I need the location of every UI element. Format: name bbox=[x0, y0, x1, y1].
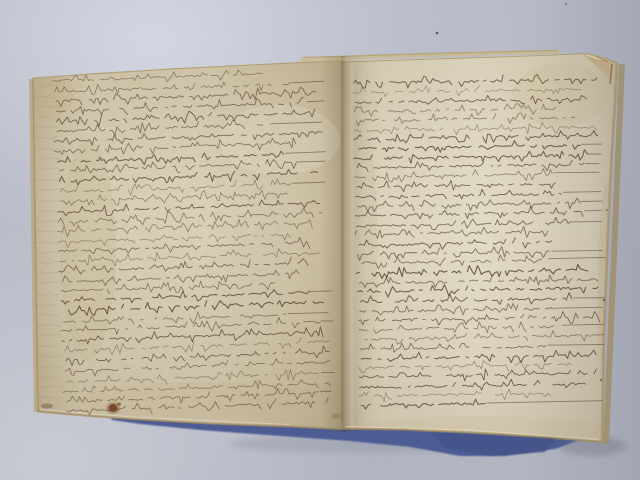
handwriting-line bbox=[293, 182, 325, 183]
page-edge-accents bbox=[33, 61, 617, 443]
background-speck bbox=[436, 32, 439, 35]
left-page-shade-h bbox=[33, 61, 342, 430]
handwriting-line bbox=[320, 391, 331, 392]
handwriting-line bbox=[354, 74, 597, 89]
handwriting-line bbox=[37, 168, 60, 170]
handwriting-line bbox=[359, 321, 560, 335]
handwriting-line bbox=[359, 140, 580, 154]
handwriting-line bbox=[36, 325, 61, 327]
handwriting-line bbox=[354, 103, 561, 117]
handwriting-line bbox=[298, 161, 325, 162]
handwriting-line bbox=[548, 344, 606, 345]
handwriting-line bbox=[60, 157, 297, 177]
right-page bbox=[342, 54, 617, 443]
handwriting-line bbox=[39, 189, 62, 191]
handwriting-line bbox=[359, 311, 600, 327]
handwriting-line bbox=[574, 297, 604, 298]
handwriting-line bbox=[362, 254, 547, 269]
table-surface bbox=[0, 0, 640, 480]
handwriting-line bbox=[353, 83, 581, 97]
handwriting-line bbox=[58, 237, 310, 257]
cast-shadow bbox=[558, 436, 626, 456]
handwriting-line bbox=[58, 197, 320, 217]
vignette-right bbox=[0, 0, 640, 480]
handwriting-line bbox=[365, 330, 591, 345]
handwriting-line bbox=[38, 201, 62, 202]
left-page-handwriting bbox=[52, 66, 336, 417]
handwriting-line bbox=[65, 336, 329, 356]
handwriting-line bbox=[36, 179, 62, 181]
handwriting-line bbox=[321, 372, 334, 373]
handwriting-line bbox=[359, 359, 571, 373]
handwriting-line bbox=[67, 387, 319, 407]
handwriting-line bbox=[36, 137, 58, 139]
background-speck bbox=[565, 3, 567, 5]
handwriting-line bbox=[563, 192, 600, 193]
right-page-shade-h bbox=[342, 54, 617, 443]
handwriting-line bbox=[55, 78, 292, 98]
handwriting-line bbox=[56, 96, 311, 116]
handwriting-line bbox=[52, 68, 263, 86]
cast-shadow-mid bbox=[230, 435, 470, 453]
handwriting-line bbox=[554, 307, 602, 308]
handwriting-line bbox=[37, 293, 58, 295]
handwriting-line bbox=[584, 210, 600, 211]
handwriting-line bbox=[63, 378, 331, 397]
gutter-shadow bbox=[320, 56, 364, 432]
table-light bbox=[0, 0, 640, 480]
handwriting-line bbox=[563, 324, 604, 325]
manuscript-photo bbox=[0, 0, 640, 480]
handwriting-line bbox=[357, 159, 584, 173]
handwriting-line bbox=[39, 262, 56, 264]
handwriting-line bbox=[38, 334, 61, 336]
handwriting-line bbox=[355, 206, 583, 220]
handwriting-line bbox=[38, 272, 59, 274]
torn-corner-top-right bbox=[583, 54, 614, 85]
left-page bbox=[33, 61, 342, 430]
handwriting-line bbox=[360, 341, 546, 353]
handwriting-line bbox=[39, 211, 59, 213]
handwriting-line bbox=[356, 112, 574, 126]
handwriting-line bbox=[359, 237, 552, 251]
handwriting-line bbox=[68, 296, 323, 316]
handwriting-line bbox=[293, 81, 324, 82]
handwriting-line bbox=[57, 149, 283, 168]
handwriting-line bbox=[61, 279, 275, 297]
handwriting-line bbox=[36, 148, 59, 150]
handwriting-line bbox=[36, 126, 53, 128]
handwriting-line bbox=[37, 345, 56, 347]
handwriting-line bbox=[58, 217, 313, 238]
handwriting-line bbox=[67, 368, 319, 388]
right-page-shade-v bbox=[342, 54, 617, 443]
handwriting-line bbox=[355, 94, 586, 107]
handwriting-line bbox=[356, 217, 571, 231]
handwriting-line bbox=[360, 293, 571, 307]
handwriting-line bbox=[38, 221, 57, 222]
handwriting-line bbox=[359, 389, 551, 403]
handwriting-line bbox=[358, 282, 598, 297]
handwriting-line bbox=[354, 130, 598, 145]
handwriting-line bbox=[36, 230, 54, 232]
page-stack-edge-right bbox=[606, 64, 622, 444]
handwriting-line bbox=[39, 314, 59, 316]
handwriting-line bbox=[60, 178, 292, 198]
handwriting-line bbox=[37, 386, 64, 388]
handwriting-line bbox=[37, 106, 59, 108]
handwriting-line bbox=[62, 268, 299, 288]
handwriting-line bbox=[37, 282, 62, 284]
handwriting-line bbox=[58, 231, 290, 248]
handwriting-line bbox=[65, 357, 330, 377]
handwriting-line bbox=[552, 250, 603, 251]
handwriting-line bbox=[361, 350, 596, 365]
handwriting-line bbox=[288, 312, 328, 314]
handwriting-line bbox=[40, 377, 60, 379]
handwriting-line bbox=[354, 122, 597, 137]
stains bbox=[41, 3, 608, 419]
handwriting-line bbox=[56, 86, 316, 107]
table-light-bottom bbox=[0, 0, 640, 480]
handwriting-line bbox=[64, 309, 286, 328]
handwriting-line bbox=[357, 178, 556, 192]
handwriting-line bbox=[285, 152, 325, 154]
handwriting-line bbox=[354, 150, 588, 165]
handwriting-line bbox=[360, 378, 586, 392]
handwriting-line bbox=[39, 396, 56, 398]
handwriting-line bbox=[38, 117, 60, 119]
handwriting-line bbox=[38, 356, 61, 358]
handwriting-line bbox=[555, 172, 599, 173]
handwriting-line bbox=[310, 291, 331, 292]
handwriting-line bbox=[59, 168, 317, 188]
blue-mat-shade bbox=[430, 432, 560, 456]
ink-showthrough bbox=[36, 85, 64, 398]
handwriting-line bbox=[54, 127, 322, 146]
handwriting-line bbox=[66, 346, 330, 366]
handwriting-line bbox=[585, 163, 599, 164]
handwriting-line bbox=[355, 168, 553, 183]
page-stack-edge-top bbox=[300, 51, 560, 63]
handwriting-line bbox=[355, 226, 548, 240]
handwriting-line bbox=[61, 287, 310, 306]
handwriting-line bbox=[39, 366, 61, 368]
handwriting-line bbox=[36, 252, 59, 254]
handwriting-line bbox=[271, 122, 322, 124]
handwriting-line bbox=[358, 246, 550, 261]
left-page-shade-v bbox=[33, 61, 342, 430]
handwriting-line bbox=[38, 85, 56, 87]
handwriting-line bbox=[61, 187, 294, 207]
handwriting-line bbox=[39, 158, 61, 160]
handwriting-line bbox=[361, 399, 485, 409]
handwriting-line bbox=[58, 207, 322, 228]
page-stack-edge-left bbox=[31, 79, 36, 412]
photo-canvas bbox=[0, 0, 640, 480]
handwriting-line bbox=[307, 101, 323, 102]
handwriting-line bbox=[359, 367, 596, 382]
handwriting-line bbox=[358, 198, 580, 212]
handwriting-line bbox=[66, 396, 335, 417]
handwriting-line bbox=[36, 304, 54, 306]
handwriting-line bbox=[62, 326, 323, 347]
handwriting-line bbox=[488, 401, 604, 403]
handwriting-line bbox=[59, 257, 308, 275]
handwriting-line bbox=[359, 273, 604, 288]
handwriting-line bbox=[54, 137, 295, 157]
handwriting-line bbox=[56, 107, 315, 128]
handwriting-line bbox=[356, 264, 588, 279]
handwriting-line bbox=[36, 242, 59, 244]
handwriting-line bbox=[59, 246, 326, 267]
handwriting-line bbox=[360, 303, 553, 317]
handwriting-line bbox=[321, 321, 333, 322]
handwriting-line bbox=[355, 188, 561, 201]
right-page-aging bbox=[346, 63, 618, 444]
right-page-handwriting bbox=[352, 73, 607, 409]
handwriting-line bbox=[37, 96, 58, 98]
handwriting-line bbox=[57, 119, 268, 138]
handwriting-line bbox=[60, 316, 320, 337]
paper-grain bbox=[28, 45, 628, 455]
blue-mat bbox=[108, 410, 590, 456]
left-page-aging bbox=[26, 73, 340, 418]
handwriting-line bbox=[549, 257, 606, 258]
